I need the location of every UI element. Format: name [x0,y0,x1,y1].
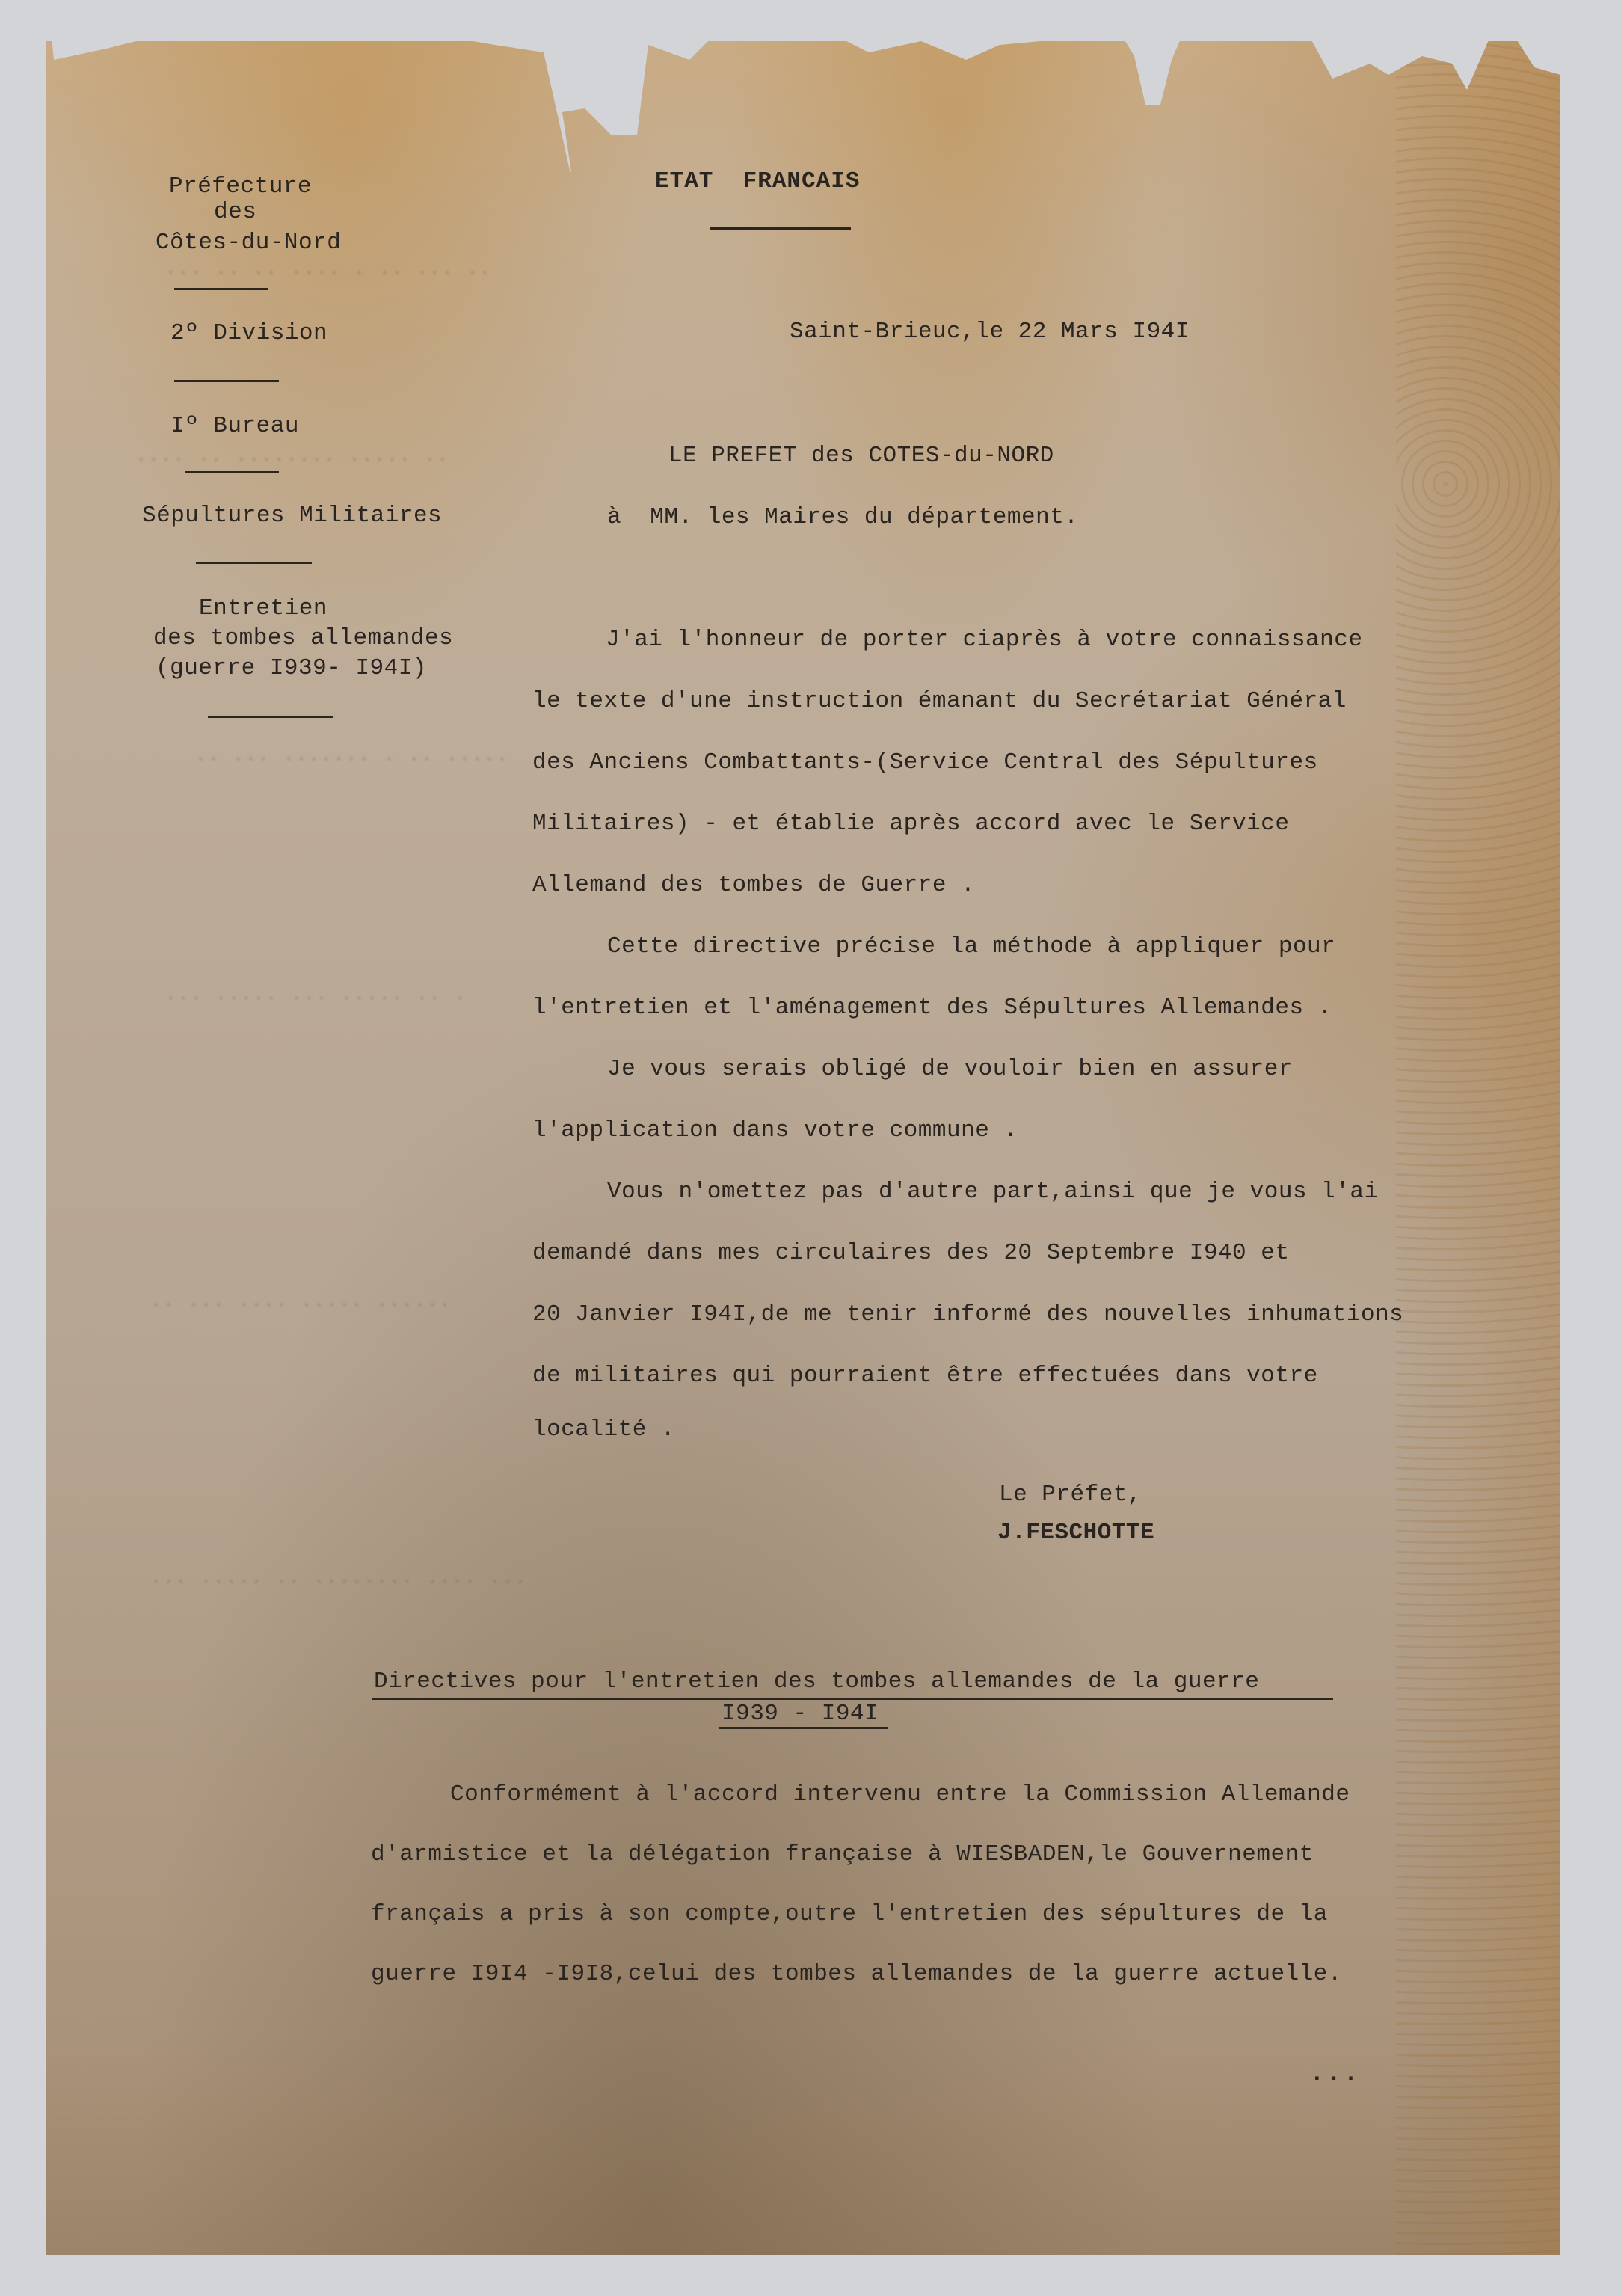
bleed-through-text: ·· ··· ·· · ···· ·· ·· ··· [164,262,491,285]
directive-line: français a pris à son compte,outre l'ent… [371,1903,1328,1926]
letter-line: J'ai l'honneur de porter ciaprès à votre… [606,628,1362,651]
letter-line: localité . [532,1418,675,1441]
state-heading: ETAT FRANCAIS [655,170,860,193]
sender-line: LE PREFET des COTES-du-NORD [668,444,1054,467]
subject-line-1: Entretien [199,597,327,620]
directive-line: guerre I9I4 -I9I8,celui des tombes allem… [371,1962,1342,1986]
years-underline [719,1727,888,1729]
bureau-label: Iº Bureau [170,414,299,438]
bleed-through-text: ······ ····· ···· ··· ·· [150,1294,451,1317]
subject-line-2: des tombes allemandes [153,627,453,650]
continuation-mark: ... [1310,2063,1361,2086]
divider [174,380,279,382]
letter-line: Je vous serais obligé de vouloir bien en… [607,1058,1293,1081]
letter-line: des Anciens Combattants-(Service Central… [532,751,1318,774]
letter-line: le texte d'une instruction émanant du Se… [532,690,1347,713]
signature-name: J.FESCHOTTE [997,1521,1154,1544]
division-label: 2º Division [170,322,327,345]
bleed-through-text: ····· ·· · ······· ··· ·· [194,748,508,771]
date-line: Saint-Brieuc,le 22 Mars I94I [790,320,1190,343]
letter-line: demandé dans mes circulaires des 20 Sept… [532,1241,1289,1265]
prefecture-des: des [214,200,256,224]
letter-line: Cette directive précise la méthode à app… [607,935,1335,958]
letter-line: Vous n'omettez pas d'autre part,ainsi qu… [607,1180,1379,1203]
divider [196,562,312,564]
letter-line: de militaires qui pourraient être effect… [532,1364,1318,1387]
subject-line-3: (guerre I939- I94I) [156,657,427,680]
letter-line: Militaires) - et établie après accord av… [532,812,1289,835]
directive-line: d'armistice et la délégation française à… [371,1843,1314,1866]
divider [185,471,279,473]
title-underline [372,1698,1333,1700]
recipient-line: à MM. les Maires du département. [607,506,1078,529]
directive-title: Directives pour l'entretien des tombes a… [374,1670,1259,1693]
prefecture-department: Côtes-du-Nord [156,231,341,254]
directive-years: I939 - I94I [722,1702,879,1725]
bleed-through-text: · ·· ····· ··· ····· ··· [164,987,466,1010]
foxing-stains [1396,41,1560,2255]
letter-line: 20 Janvier I94I,de me tenir informé des … [532,1303,1403,1326]
letter-line: l'entretien et l'aménagement des Sépultu… [532,996,1332,1019]
bleed-through-text: ··· ···· ········ ·· ····· ··· [150,1571,526,1594]
letter-line: l'application dans votre commune . [532,1119,1018,1142]
service-label: Sépultures Militaires [142,504,442,527]
prefecture-label: Préfecture [169,175,312,198]
divider [208,716,333,718]
letter-line: Allemand des tombes de Guerre . [532,874,975,897]
divider [174,288,268,290]
bleed-through-text: ·· ····· ········ ·· ···· [135,449,449,472]
signature-title: Le Préfet, [999,1483,1142,1506]
divider [710,227,851,230]
directive-line: Conformément à l'accord intervenu entre … [450,1783,1350,1806]
